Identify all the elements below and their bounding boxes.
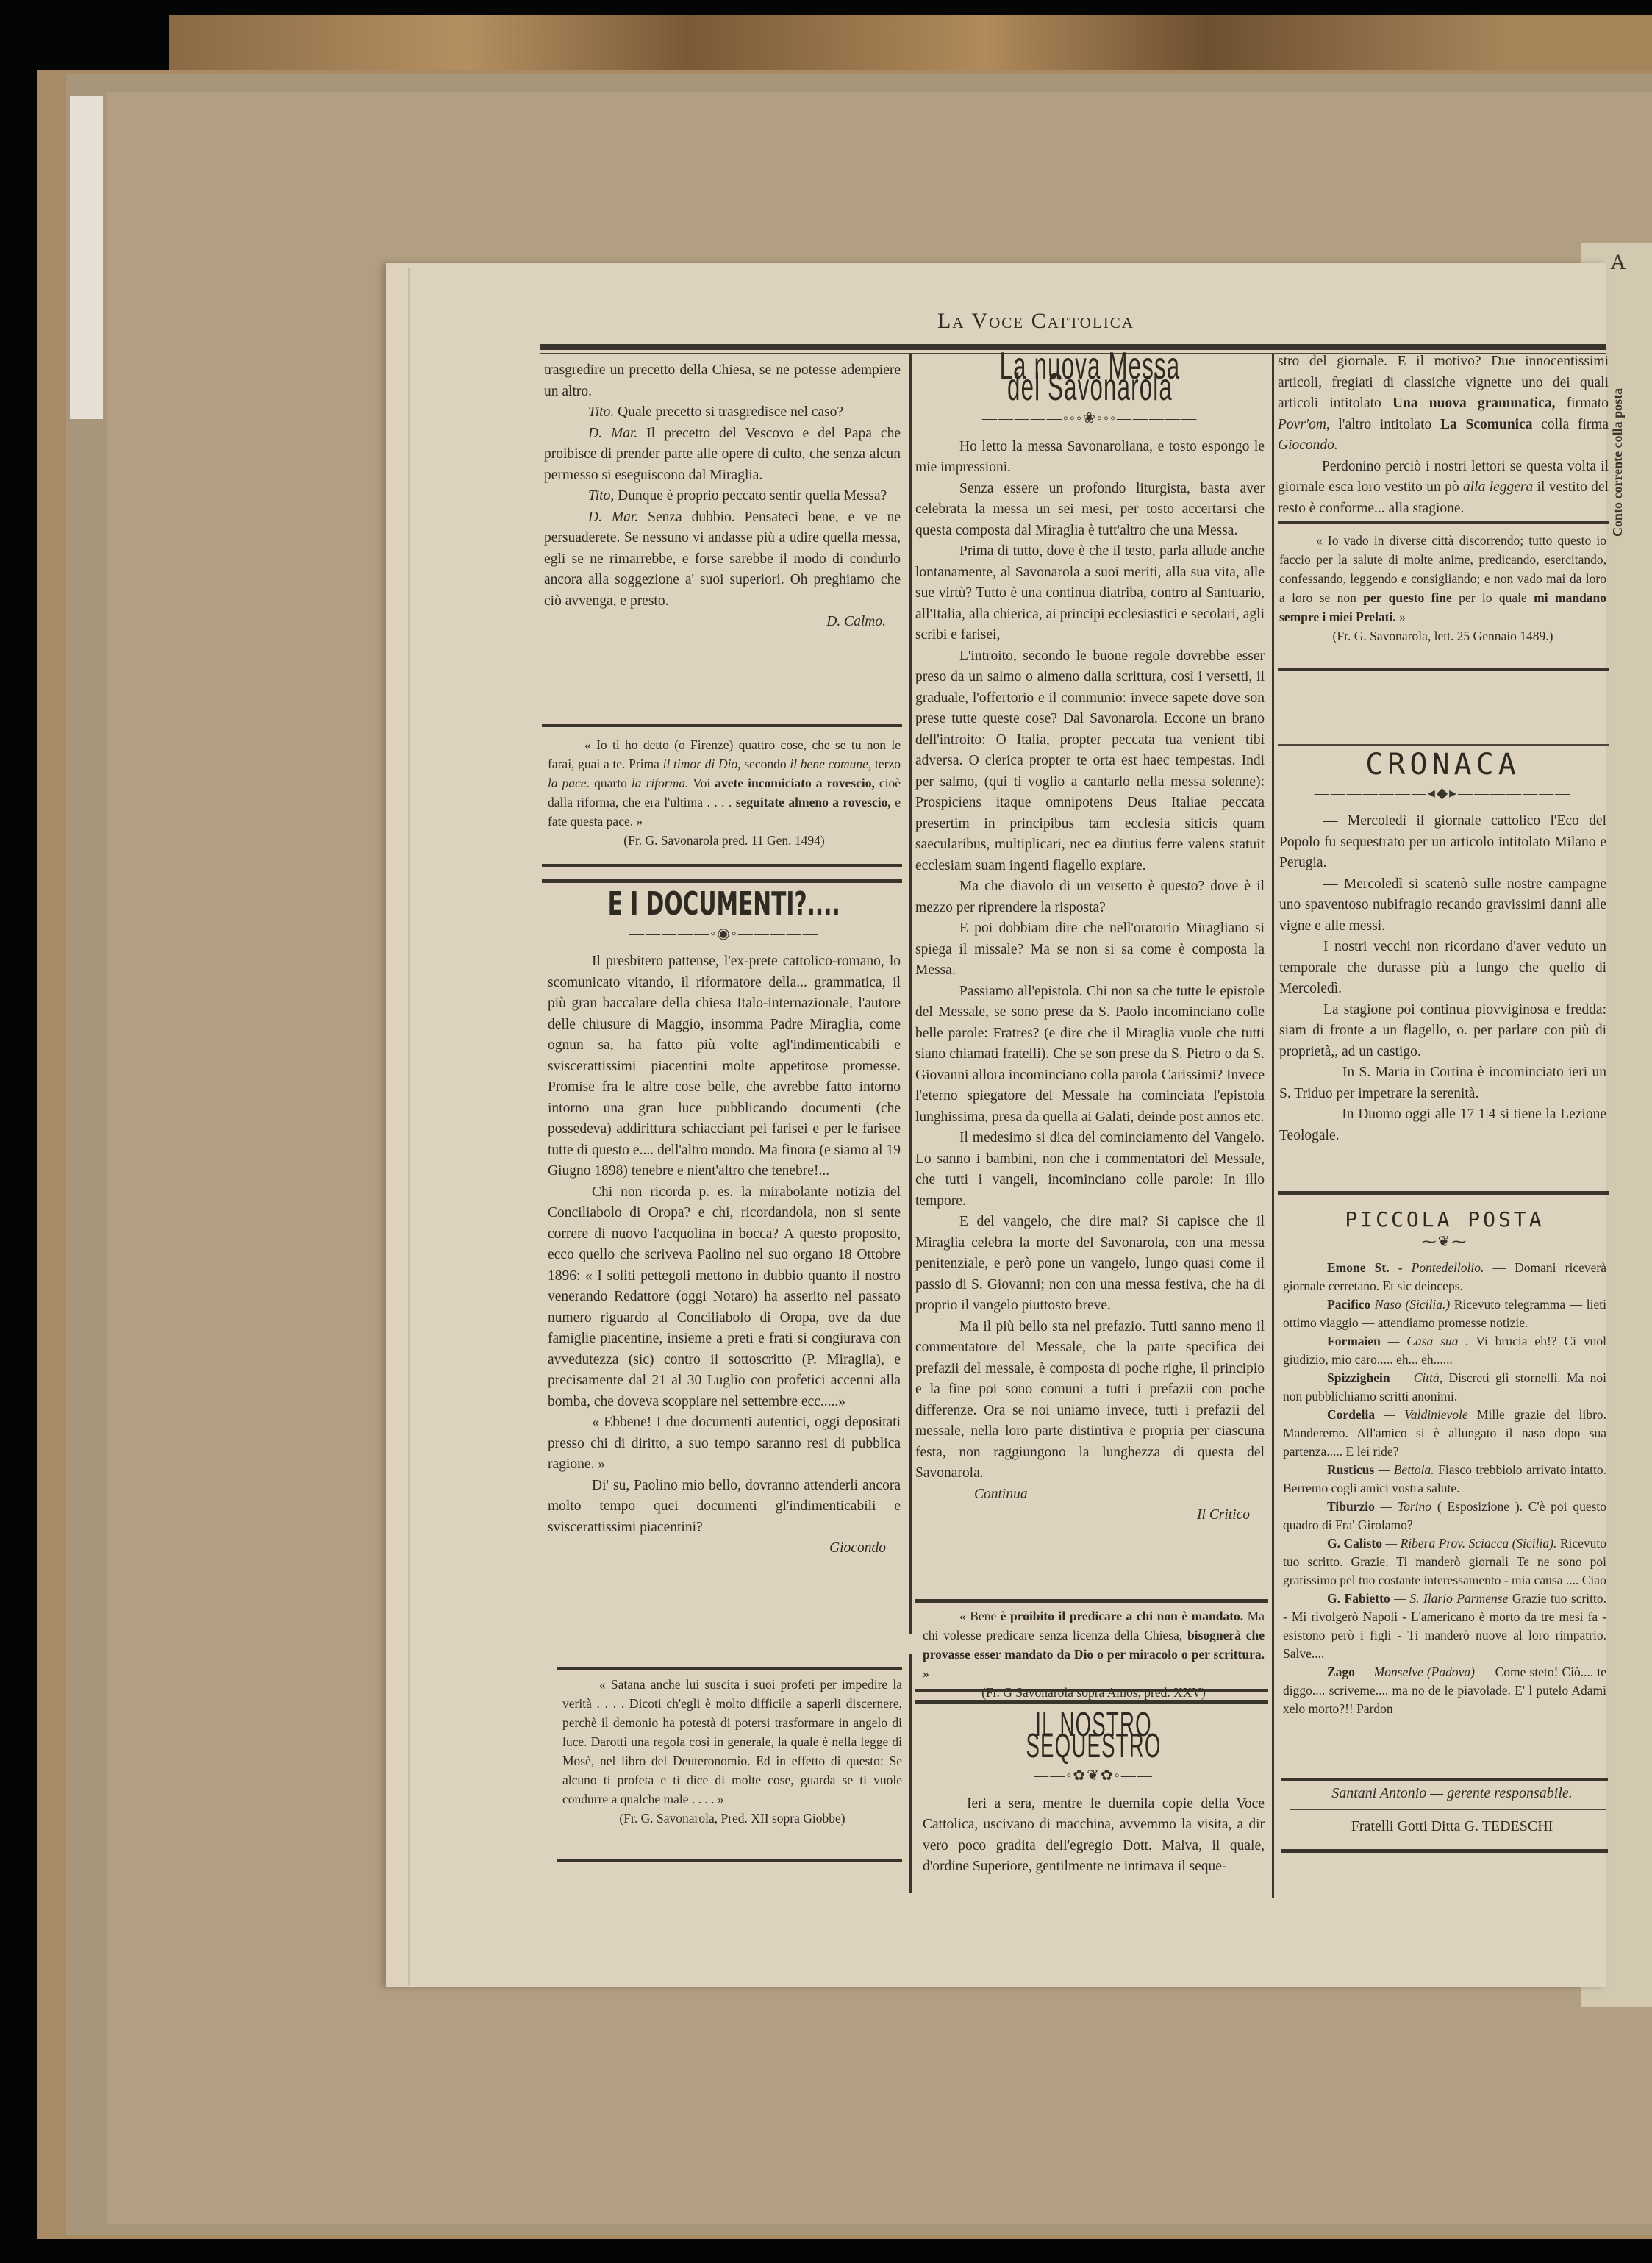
headline: La nuova Messa del Savonarola (915, 356, 1265, 407)
section-rule (542, 864, 902, 867)
quote-citation: (Fr. G. Savonarola pred. 11 Gen. 1494) (548, 831, 901, 850)
paragraph: Prima di tutto, dove è che il testo, par… (915, 541, 1265, 646)
section-rule (1278, 1191, 1609, 1195)
posta-entry: Spizzighein — Città, Discreti gli storne… (1283, 1369, 1606, 1406)
savonarola-quote-4: « Io vado in diverse città discorrendo; … (1279, 531, 1606, 646)
column-1: trasgredire un precetto della Chiesa, se… (544, 360, 901, 633)
paragraph: E del vangelo, che dire mai? Si capisce … (915, 1212, 1265, 1317)
section-rule (915, 1700, 1268, 1704)
gerente-line: Santani Antonio — gerente responsabile. (1294, 1783, 1610, 1804)
cronaca-item: — Mercoledì si scatenò sulle nostre camp… (1279, 874, 1606, 937)
paragraph: Senza essere un profondo liturgista, bas… (915, 479, 1265, 542)
article-il-nostro-sequestro: IL NOSTRO SEQUESTRO ——◦✿❦✿◦—— Ieri a ser… (923, 1709, 1265, 1878)
paragraph: Di' su, Paolino mio bello, dovranno atte… (548, 1476, 901, 1539)
footer-rule (1290, 1809, 1606, 1810)
section-rule (542, 879, 902, 883)
column-divider (909, 354, 912, 1634)
quote-text: « Io ti ho detto (o Firenze) quattro cos… (548, 735, 901, 831)
dialogue-line: trasgredire un precetto della Chiesa, se… (544, 360, 901, 402)
paper-tape (70, 96, 103, 419)
column-3: stro del giornale. E il motivo? Due inno… (1278, 351, 1609, 519)
paragraph: Ma che diavolo di un versetto è questo? … (915, 876, 1265, 918)
dialogue-line: D. Mar. Senza dubbio. Pensateci bene, e … (544, 507, 901, 612)
posta-entry: G. Fabietto — S. Ilario Parmense Grazie … (1283, 1590, 1606, 1663)
paragraph: Ieri a sera, mentre le duemila copie del… (923, 1794, 1265, 1878)
headline: E I DOCUMENTI?.... (548, 894, 901, 922)
posta-entry: Rusticus — Bettola. Fiasco trebbiolo arr… (1283, 1461, 1606, 1498)
posta-entry: Tiburzio — Torino ( Esposizione ). C'è p… (1283, 1498, 1606, 1534)
quote-text: « Bene è proibito il predicare a chi non… (923, 1606, 1265, 1683)
section-rule (915, 1599, 1268, 1603)
posta-entry: Formaien — Casa sua . Vi brucia eh!? Ci … (1283, 1332, 1606, 1369)
posta-entry: Pacifico Naso (Sicilia.) Ricevuto telegr… (1283, 1295, 1606, 1332)
paragraph: « Ebbene! I due documenti autentici, ogg… (548, 1412, 901, 1476)
printer-line: Fratelli Gotti Ditta G. TEDESCHI (1294, 1816, 1610, 1837)
section-title: PICCOLA POSTA (1283, 1210, 1606, 1231)
footer-rule (1281, 1778, 1608, 1781)
paragraph: Passiamo all'epistola. Chi non sa che tu… (915, 982, 1265, 1129)
paragraph: Il presbitero pattense, l'ex-prete catto… (548, 951, 901, 1182)
posta-entry: Cordelia — Valdinievole Mille grazie del… (1283, 1406, 1606, 1461)
section-rule (542, 724, 902, 727)
column-divider (1272, 354, 1274, 1898)
headline: IL NOSTRO SEQUESTRO (923, 1714, 1265, 1764)
ornament-divider: —————◦◦◦❀◦◦◦————— (915, 408, 1265, 429)
ornament-divider: ——⁓❦⁓—— (1283, 1233, 1606, 1251)
cronaca-item: — Mercoledì il giornale cattolico l'Eco … (1279, 811, 1606, 874)
savonarola-quote-3: « Bene è proibito il predicare a chi non… (923, 1606, 1265, 1702)
quote-text: « Io vado in diverse città discorrendo; … (1279, 531, 1606, 626)
dialogue-line: D. Mar. Il precetto del Vescovo e del Pa… (544, 423, 901, 487)
dialogue-line: Tito, Dunque è proprio peccato sentir qu… (544, 486, 901, 507)
underpage-letter: A (1610, 250, 1626, 275)
signature: Giocondo (548, 1538, 901, 1559)
column-divider (909, 1654, 912, 1893)
piccola-posta-section: PICCOLA POSTA ——⁓❦⁓—— Emone St. - Ponted… (1283, 1206, 1606, 1718)
column-2: La nuova Messa del Savonarola —————◦◦◦❀◦… (915, 351, 1265, 1526)
quote-citation: (Fr. G. Savonarola, Pred. XII sopra Giob… (562, 1809, 902, 1828)
quote-citation: (Fr. G. Savonarola, lett. 25 Gennaio 148… (1279, 626, 1606, 646)
ornament-divider: ——◦✿❦✿◦—— (923, 1765, 1265, 1787)
underpage-vertical-text: Conto corrente colla posta (1610, 388, 1626, 537)
cronaca-item: I nostri vecchi non ricordano d'aver ved… (1279, 937, 1606, 1000)
cronaca-item: — In S. Maria in Cortina è incominciato … (1279, 1062, 1606, 1104)
section-rule (557, 1859, 902, 1862)
posta-entry: Zago — Monselve (Padova) — Come steto! C… (1283, 1663, 1606, 1718)
dialogue-line: Tito. Quale precetto si trasgredisce nel… (544, 402, 901, 423)
signature: Il Critico (915, 1505, 1265, 1526)
section-rule (1278, 668, 1609, 671)
posta-entry: G. Calisto — Ribera Prov. Sciacca (Sicil… (1283, 1534, 1606, 1590)
section-rule (557, 1667, 902, 1670)
cronaca-section: CRONACA ———————◂◆▸——————— — Mercoledì il… (1279, 750, 1606, 1146)
paragraph: Ma il più bello sta nel prefazio. Tutti … (915, 1317, 1265, 1484)
section-rule (1278, 744, 1609, 746)
paragraph: Ho letto la messa Savonaroliana, e tosto… (915, 437, 1265, 479)
continua-label: Continua (915, 1484, 1265, 1506)
ornament-divider: ———————◂◆▸——————— (1279, 783, 1606, 804)
ornament-divider: —————◦◉◦————— (548, 923, 901, 945)
paragraph: Il medesimo si dica del cominciamento de… (915, 1128, 1265, 1212)
savonarola-quote-1: « Io ti ho detto (o Firenze) quattro cos… (548, 735, 901, 850)
posta-entry: Emone St. - Pontedellolio. — Domani rice… (1283, 1259, 1606, 1295)
savonarola-quote-2: « Satana anche lui suscita i suoi profet… (562, 1675, 902, 1828)
paragraph: L'introito, secondo le buone regole dovr… (915, 646, 1265, 877)
paragraph: stro del giornale. E il motivo? Due inno… (1278, 351, 1609, 457)
signature: D. Calmo. (544, 612, 901, 633)
masthead: La Voce Cattolica (937, 309, 1134, 334)
paragraph: Perdonino perciò i nostri lettori se que… (1278, 457, 1609, 520)
section-title: CRONACA (1279, 754, 1606, 782)
section-rule (1278, 521, 1609, 524)
paragraph: Chi non ricorda p. es. la mirabolante no… (548, 1182, 901, 1413)
quote-text: « Satana anche lui suscita i suoi profet… (562, 1675, 902, 1809)
article-e-i-documenti: E I DOCUMENTI?.... —————◦◉◦————— Il pres… (548, 890, 901, 1559)
footer-rule (1281, 1849, 1608, 1853)
paragraph: E poi dobbiam dire che nell'oratorio Mir… (915, 918, 1265, 982)
section-rule (915, 1689, 1268, 1692)
cronaca-item: La stagione poi continua piovviginosa e … (1279, 1000, 1606, 1063)
cronaca-item: — In Duomo oggi alle 17 1|4 si tiene la … (1279, 1104, 1606, 1146)
